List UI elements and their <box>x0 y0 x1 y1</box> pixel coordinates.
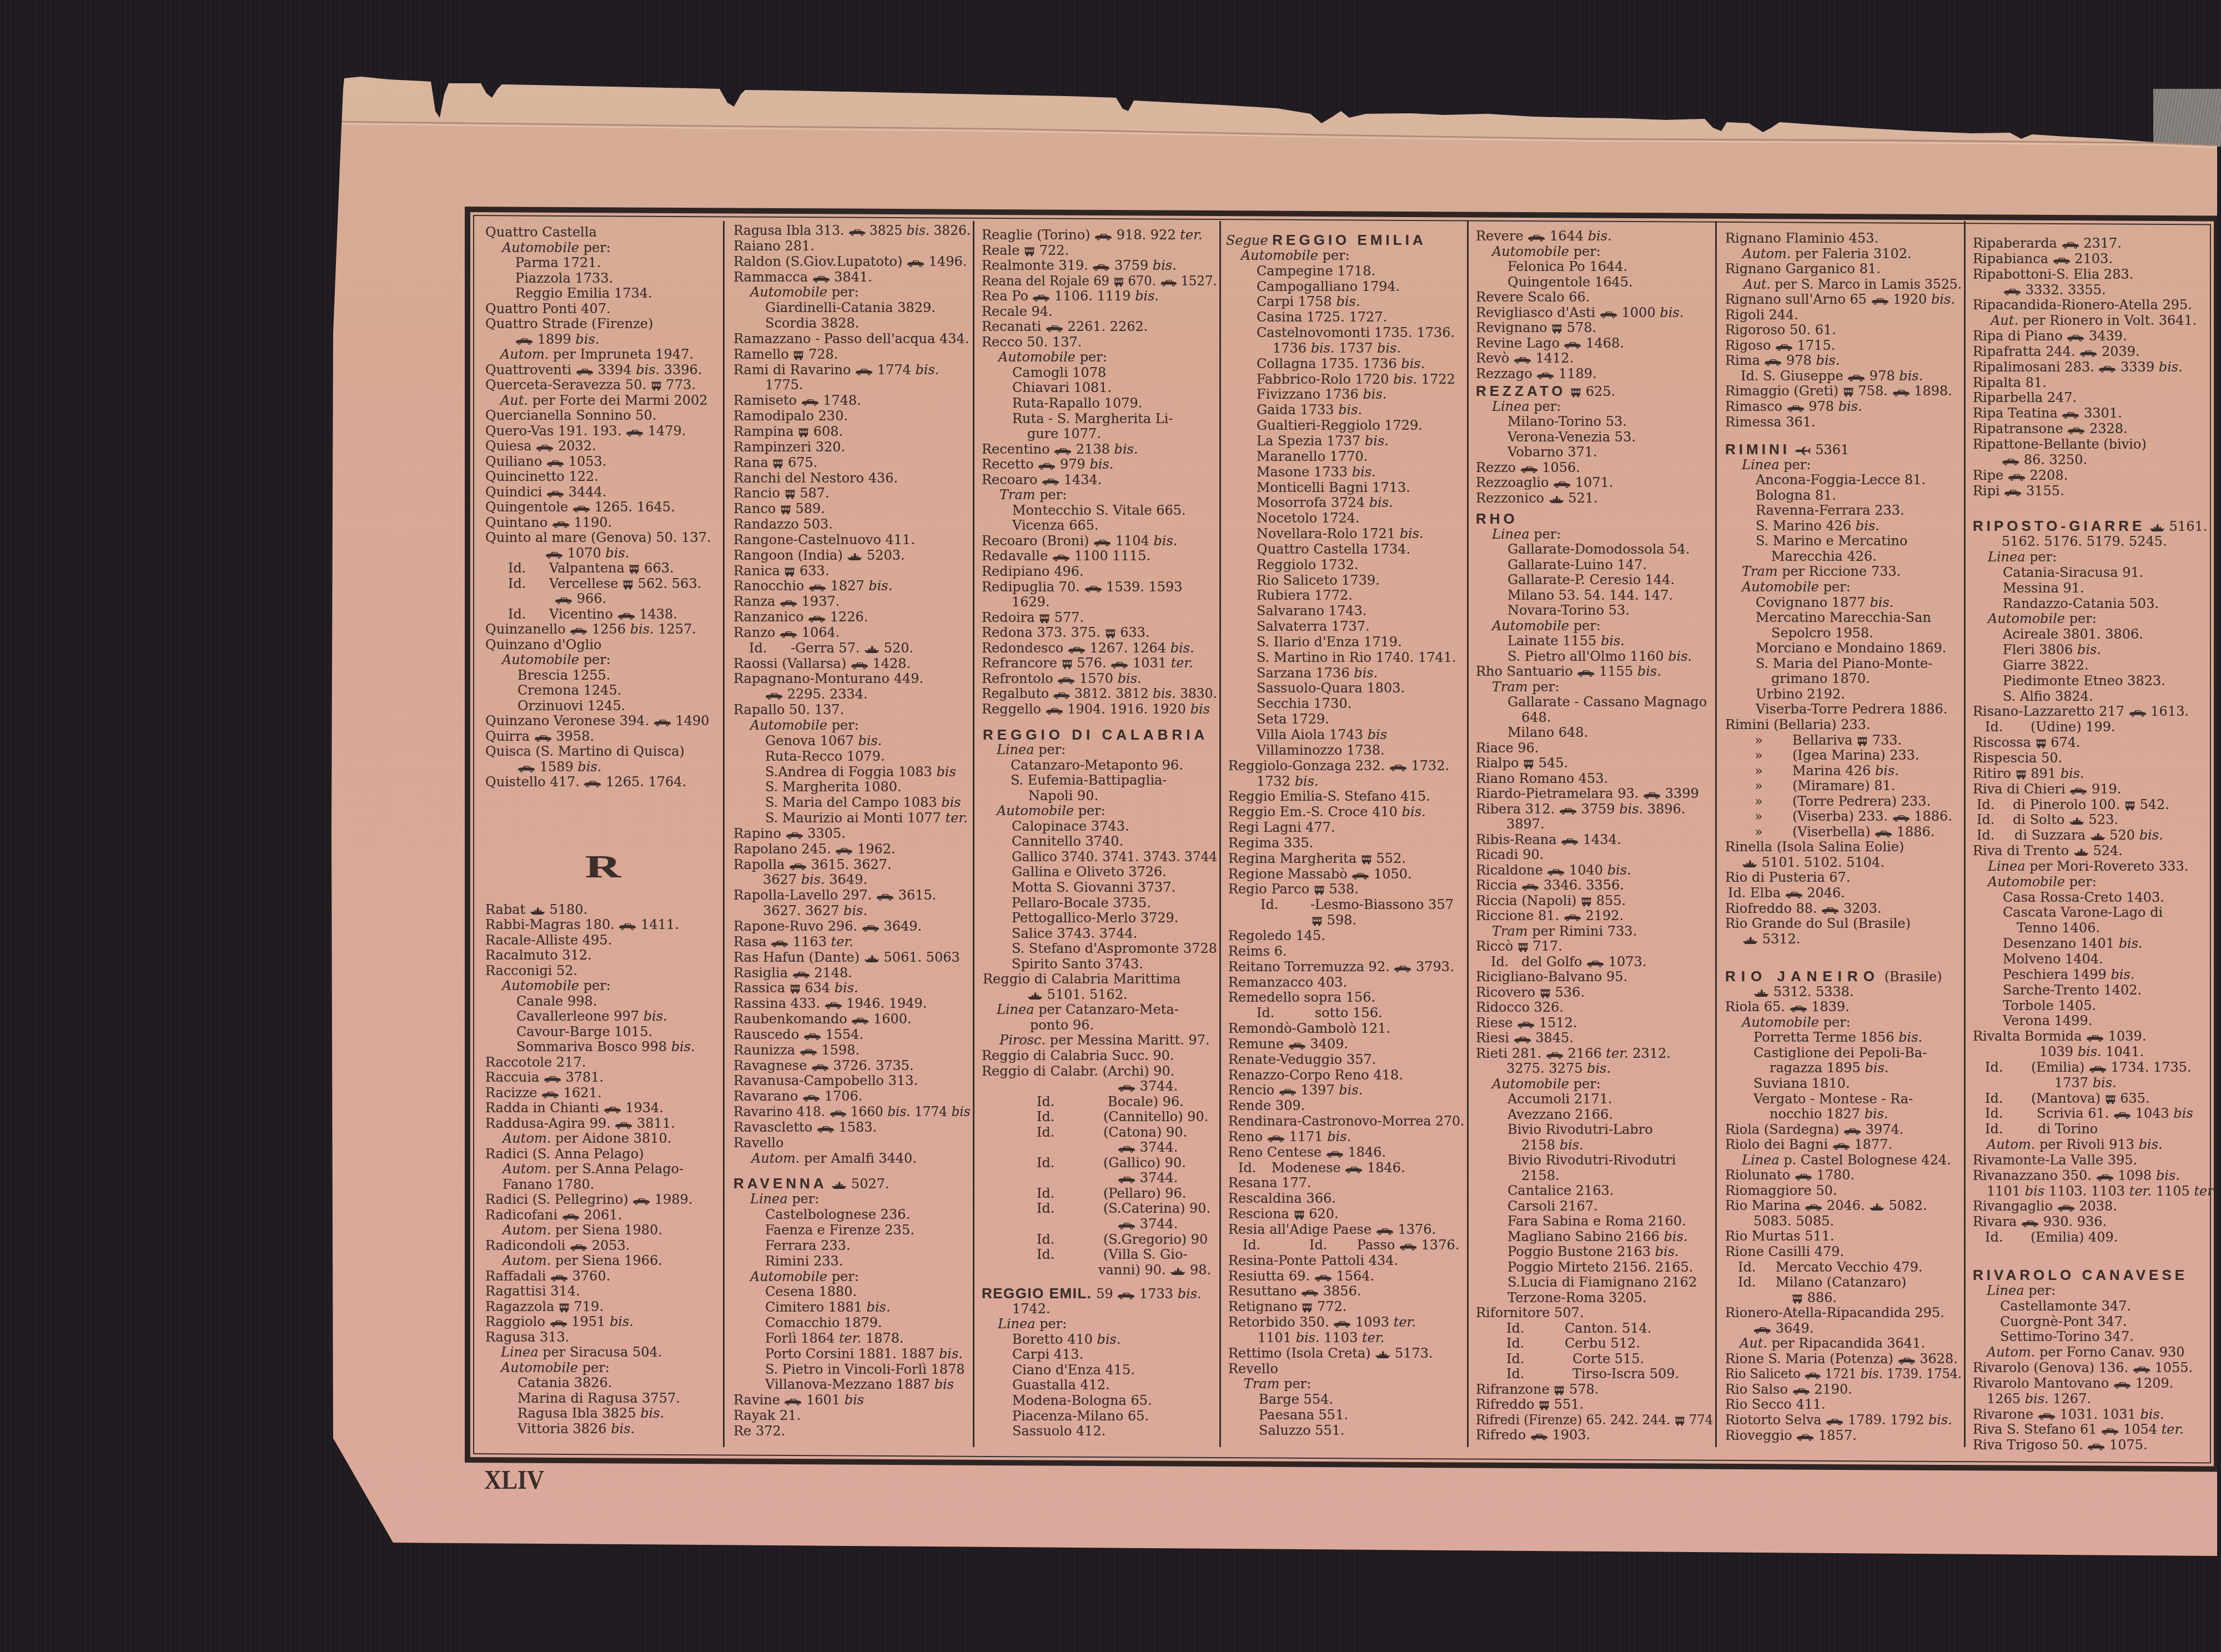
entry-detail: (Pellaro) 96. <box>1103 1186 1186 1202</box>
automobile-icon <box>2089 1066 2107 1073</box>
index-entry: Ripalta 81. <box>1973 375 2214 391</box>
index-entry: Quingentole 1645. <box>1476 275 1713 290</box>
entry-text: RAVENNA 5027. <box>733 1176 890 1192</box>
entry-text: Molveno 1404. <box>2003 952 2103 967</box>
entry-text: S. Marino 426 bis. <box>1756 519 1880 534</box>
index-entry: Rezzonico 521. <box>1476 491 1713 506</box>
entry-text: Revò 1412. <box>1476 351 1574 366</box>
index-entry: Campogalliano 1794. <box>1226 279 1465 295</box>
index-entry: Quinzano Veronese 394. 1490 <box>485 714 721 729</box>
entry-detail: Bocale) 96. <box>1108 1094 1184 1110</box>
index-entry: Viserba-Torre Pedrera 1886. <box>1725 702 1962 717</box>
tram-icon <box>780 505 791 515</box>
entry-text: Rifredi (Firenze) 65. 242. 244. 774 <box>1476 1413 1713 1428</box>
italic-note: bis. <box>1400 526 1424 541</box>
entry-text: 2295. 2334. <box>765 687 868 702</box>
index-entry: 1265 bis. 1267. <box>1973 1392 2214 1407</box>
automobile-icon <box>808 584 826 591</box>
entry-text: Fivizzano 1736 bis. <box>1257 387 1386 403</box>
index-entry: Rinella (Isola Salina Eolie) <box>1725 840 1962 855</box>
italic-note: Autom. <box>503 1222 551 1238</box>
entry-text: » <box>1755 733 1763 749</box>
entry-text: Carpi 413. <box>1012 1347 1083 1363</box>
index-entry: Autom. per Impruneta 1947. <box>485 347 721 363</box>
entry-text: 5101. 5102. 5104. <box>1742 855 1885 871</box>
index-entry: Revere Scalo 66. <box>1476 290 1713 305</box>
index-entry: Piedimonte Etneo 3823. <box>1973 674 2214 689</box>
index-entry: Radici (S. Anna Pelago) <box>485 1147 721 1162</box>
entry-text: Remune 3409. <box>1228 1037 1348 1052</box>
entry-text: Rimini 233. <box>765 1254 843 1269</box>
entry-text: Quinzano Veronese 394. 1490 <box>485 714 710 729</box>
entry-text: Linea per: <box>998 1317 1067 1332</box>
index-entry: Resia all'Adige Paese 1376. <box>1226 1222 1465 1238</box>
index-entry: Automobile per: <box>1226 248 1465 264</box>
italic-note: Pirosc. <box>999 1032 1046 1048</box>
automobile-icon <box>1093 539 1111 546</box>
entry-text: Ritiro 891 bis. <box>1973 766 2084 782</box>
entry-text: Orzinuovi 1245. <box>517 699 625 714</box>
index-entry: Id.Milano (Catanzaro) <box>1725 1275 1962 1291</box>
index-entry: 1775. <box>733 378 971 393</box>
entry-text: Rampina 608. <box>733 424 843 440</box>
index-entry: Ravello <box>733 1136 971 1151</box>
automobile-icon <box>1600 311 1617 318</box>
entry-text: Id. <box>508 561 526 576</box>
italic-note: bis. <box>2061 766 2084 781</box>
index-entry: Randazzo 503. <box>733 517 971 533</box>
entry-text: Raiano 281. <box>733 239 815 254</box>
heading-name: RHO <box>1476 510 1518 527</box>
entry-text: Id. <box>1985 1230 2003 1246</box>
automobile-icon <box>808 615 826 622</box>
index-entry: Quinto al mare (Genova) 50. 137. <box>485 530 721 546</box>
entry-text: Ripalimosani 283. 3339 bis. <box>1973 360 2183 375</box>
index-entry: Vittoria 3826 bis. <box>485 1422 721 1437</box>
entry-text: Rendinara-Castronovo-Morrea 270. <box>1228 1114 1465 1129</box>
index-entry: Salice 3743. 3744. <box>982 926 1217 942</box>
index-entry: Rivarone 1031. 1031 bis. <box>1973 1407 2214 1423</box>
heading-name: REGGIO EMIL. <box>982 1285 1092 1302</box>
italic-note: bis. <box>1931 292 1955 307</box>
automobile-icon <box>1517 1021 1535 1028</box>
entry-text: Campegine 1718. <box>1257 264 1375 279</box>
entry-text: Giarre 3822. <box>2003 658 2089 674</box>
entry-text: Autom. per Impruneta 1947. <box>500 347 694 363</box>
italic-note: bis. <box>1838 399 1862 414</box>
index-entry: 3275. 3275 bis. <box>1476 1061 1713 1077</box>
tram-icon <box>784 568 795 577</box>
entry-text: Bivio Rivodutri-Rivodutri <box>1508 1153 1676 1168</box>
entry-text: Ricaldone 1040 bis. <box>1476 863 1631 878</box>
index-column-7: Ripaberarda 2317.Ripabianca 2103.Ripabot… <box>1973 236 2214 1453</box>
entry-text: Scordia 3828. <box>765 316 860 332</box>
entry-text: Rioveggio 1857. <box>1725 1428 1857 1444</box>
entry-text: Ruta - S. Margherita Li- <box>1012 411 1173 427</box>
entry-text: Casa Rossa-Creto 1403. <box>2003 890 2164 906</box>
entry-text: Linea per Catanzaro-Meta- <box>997 1002 1179 1018</box>
entry-text: Id. <box>1506 1336 1524 1352</box>
entry-text: vanni) 90. 98. <box>1098 1263 1211 1278</box>
automobile-icon <box>1054 448 1072 455</box>
entry-text: Mercatino Marecchia-San <box>1756 610 1931 626</box>
entry-text: Lainate 1155 bis. <box>1508 634 1625 649</box>
entry-text: Automobile per: <box>502 652 611 668</box>
entry-text: Recetto 979 bis. <box>982 457 1113 473</box>
index-entry: Ritiro 891 bis. <box>1973 766 2214 782</box>
index-entry: Riparbella 247. <box>1973 390 2214 406</box>
entry-text: Recanati 2261. 2262. <box>982 319 1148 335</box>
entry-text: Rignano Flaminio 453. <box>1725 231 1878 247</box>
index-entry: Autom. per Amalfi 3440. <box>733 1151 971 1167</box>
entry-text: Risano-Lazzaretto 217 1613. <box>1973 704 2189 720</box>
book-edge <box>2153 89 2221 147</box>
index-entry: Bivio Rivodutri-Rivodutri <box>1476 1153 1713 1168</box>
entry-text: 3744. <box>1118 1171 1178 1186</box>
italic-note: bis. <box>1601 633 1625 649</box>
italic-note: bis. <box>2119 936 2143 951</box>
entry-text: Milano 648. <box>1508 725 1588 741</box>
entry-text: Linea per: <box>997 742 1066 758</box>
index-entry: Reana del Rojale 69 670. 1527. <box>982 274 1217 289</box>
tram-icon <box>2124 801 2135 811</box>
entry-text: Autom. per Faleria 3102. <box>1742 247 1912 262</box>
index-entry: Rivara 930. 936. <box>1973 1214 2214 1230</box>
italic-note: Aut. <box>1743 277 1771 292</box>
entry-text: Riolo dei Bagni 1877. <box>1725 1137 1892 1153</box>
index-entry: Ripatransone 2328. <box>1973 421 2214 437</box>
entry-text: RHO <box>1476 511 1518 528</box>
entry-text: Rezzonico 521. <box>1476 491 1598 506</box>
index-entry: S. Ilario d'Enza 1719. <box>1226 635 1465 650</box>
index-entry: Ragusa Ibla 313. 3825 bis. 3826. <box>733 223 971 239</box>
index-entry: Rimessa 361. <box>1725 415 1962 430</box>
italic-note: bis <box>934 1377 954 1392</box>
entry-text: Rettimo (Isola Creta) 5173. <box>1228 1346 1433 1362</box>
index-entry: Ranzo 1064. <box>733 625 971 641</box>
entry-text: Resciona 620. <box>1228 1207 1339 1222</box>
entry-detail: Bellariva 733. <box>1792 733 1902 749</box>
entry-text: Id. <box>1985 1091 2003 1107</box>
entry-text: Automobile per: <box>1988 611 2097 627</box>
entry-text: Rifredo 1903. <box>1476 1428 1590 1443</box>
entry-text: Pellaro-Bocale 3735. <box>1012 896 1151 911</box>
index-entry: Riva Trigoso 50. 1075. <box>1973 1438 2214 1453</box>
entry-text: Regima 335. <box>1228 836 1313 851</box>
entry-text: Automobile per: <box>1241 248 1350 264</box>
index-entry: S. Martino in Rio 1740. 1741. <box>1226 650 1465 666</box>
automobile-icon <box>1118 1084 1135 1092</box>
index-entry: Molveno 1404. <box>1973 952 2214 967</box>
index-entry: Revigliasco d'Asti 1000 bis. <box>1476 305 1713 321</box>
index-entry: Id.(Cannitello) 90. <box>982 1109 1217 1125</box>
entry-detail: di Torino <box>2038 1122 2098 1137</box>
italic-note: bis <box>2173 1106 2193 1121</box>
automobile-icon <box>855 368 873 375</box>
tram-icon <box>785 490 796 499</box>
index-entry: Re 372. <box>733 1424 971 1439</box>
index-entry: Rio Grande do Sul (Brasile) <box>1725 916 1962 932</box>
automobile-icon <box>765 692 783 700</box>
index-entry: Autom. per Forno Canav. 930 <box>1973 1345 2214 1360</box>
entry-text: Rezzo 1056. <box>1476 460 1580 476</box>
entry-text: RIPOSTO-GIARRE 5161. <box>1973 519 2207 535</box>
index-entry: Ravarino 418. 1660 bis. 1774 bis <box>733 1104 971 1120</box>
entry-text: Rinella (Isola Salina Eolie) <box>1725 840 1904 855</box>
index-entry: Ranica 633. <box>733 564 971 579</box>
entry-text: » <box>1755 748 1763 764</box>
automobile-icon <box>570 1244 587 1251</box>
index-entry: Ribera 312. 3759 bis. 3896. <box>1476 802 1713 817</box>
index-entry: Remedello sopra 156. <box>1226 990 1465 1006</box>
steamship-icon <box>1742 860 1757 868</box>
section-heading: RIPOSTO-GIARRE 5161. <box>1973 519 2214 534</box>
index-entry: Mosorrofa 3724 bis. <box>1226 495 1465 511</box>
entry-text: Castelnovomonti 1735. 1736. <box>1257 325 1455 341</box>
entry-text: Id. <box>1506 1367 1524 1382</box>
index-entry: Ramodipalo 230. <box>733 409 971 424</box>
entry-text: Ridocco 326. <box>1476 1000 1564 1016</box>
automobile-icon <box>1832 1143 1850 1150</box>
index-entry: Radicofani 2061. <box>485 1208 721 1223</box>
automobile-icon <box>1032 294 1050 302</box>
index-entry: Rho Santuario 1155 bis. <box>1476 664 1713 680</box>
index-entry: Automobile per: <box>982 350 1217 365</box>
index-entry: Reggio Emilia-S. Stefano 415. <box>1226 789 1465 805</box>
entry-text: Recentino 2138 bis. <box>982 442 1138 458</box>
tram-icon <box>1314 886 1325 895</box>
index-entry: Gaida 1733 bis. <box>1226 403 1465 418</box>
index-entry: Linea per: <box>733 1192 971 1207</box>
index-entry: Id.(S.Caterina) 90. <box>982 1201 1217 1217</box>
index-entry: Desenzano 1401 bis. <box>1973 936 2214 952</box>
index-entry: Rio Saliceto 1739. <box>1226 573 1465 589</box>
index-column-1: Quattro CastellaAutomobile per:Parma 172… <box>485 225 721 1437</box>
index-entry: Ragattisi 314. <box>485 1284 721 1299</box>
index-entry: Ranza 1937. <box>733 594 971 610</box>
entry-text: Id. <box>1977 812 1994 828</box>
index-entry: Campegine 1718. <box>1226 264 1465 279</box>
entry-detail: (Catona) 90. <box>1103 1125 1187 1141</box>
automobile-icon <box>1514 1036 1531 1043</box>
index-entry: Vicenza 665. <box>982 518 1217 534</box>
index-entry: Rasa 1163 ter. <box>733 935 971 950</box>
entry-text: REZZATO 625. <box>1476 384 1615 400</box>
entry-detail: Canton. 514. <box>1565 1321 1651 1337</box>
entry-text: Ravanusa-Campobello 313. <box>733 1073 918 1089</box>
italic-note: Autom. <box>503 1253 551 1268</box>
italic-note: bis. <box>1664 1229 1687 1244</box>
entry-text: 3649. <box>1753 1321 1813 1337</box>
entry-text: Ravascletto 1583. <box>733 1120 877 1136</box>
index-entry: Ripabottoni-S. Elia 283. <box>1973 267 2214 283</box>
automobile-icon <box>517 765 535 772</box>
index-entry: Racalmuto 312. <box>485 948 721 963</box>
entry-text: Linea per: <box>1492 527 1561 543</box>
entry-text: Id. <box>1985 1106 2003 1122</box>
italic-note: Autom. <box>1987 1137 2035 1152</box>
entry-text: Terzone-Roma 3205. <box>1508 1291 1647 1306</box>
index-entry: Automobile per: <box>1973 875 2214 890</box>
index-entry: Raunizza 1598. <box>733 1043 971 1058</box>
index-entry: Milano 648. <box>1476 725 1713 741</box>
index-entry: Linea per: <box>1973 550 2214 565</box>
index-entry: Rampinzeri 320. <box>733 440 971 455</box>
entry-text: » <box>1755 794 1763 810</box>
entry-text: Renazzo-Corpo Reno 418. <box>1228 1068 1403 1083</box>
entry-text: 3627. 3627 bis. <box>763 903 867 919</box>
entry-text: Secchia 1730. <box>1257 696 1351 712</box>
index-entry: Resciona 620. <box>1226 1207 1465 1222</box>
entry-text: Riola (Sardegna) 3974. <box>1725 1122 1903 1138</box>
tram-icon <box>793 351 804 360</box>
index-entry: 3744. <box>982 1140 1217 1156</box>
index-entry: Autom. per Aidone 3810. <box>485 1131 721 1147</box>
section-heading: RIVAROLO CANAVESE <box>1973 1268 2214 1283</box>
index-entry: Riccia (Napoli) 855. <box>1476 893 1713 909</box>
index-entry: Comacchio 1879. <box>733 1315 971 1331</box>
entry-text: Paesana 551. <box>1259 1408 1348 1423</box>
index-entry: 5101. 5102. 5104. <box>1725 855 1962 871</box>
index-entry: Quisca (S. Martino di Quisca) <box>485 744 721 760</box>
entry-text: grimano 1870. <box>1771 671 1870 687</box>
automobile-icon <box>1787 405 1805 412</box>
italic-note: ter. <box>2129 1183 2152 1199</box>
index-entry: 5312. <box>1725 932 1962 947</box>
italic-note: bis. <box>1587 1061 1611 1076</box>
entry-text: Id. <box>1238 1161 1256 1176</box>
entry-text: Raffadali 3760. <box>485 1269 610 1284</box>
entry-text: Rio di Pusteria 67. <box>1725 870 1851 886</box>
italic-note: bis. <box>915 362 939 378</box>
index-entry: Maranello 1770. <box>1226 449 1465 465</box>
index-entry: Reggio di Calabr. (Archi) 90. <box>982 1064 1217 1079</box>
entry-text: REGGIO EMIL. 59 1733 bis. <box>982 1286 1202 1302</box>
entry-text: Automobile per: <box>1742 1015 1851 1031</box>
index-entry: Carpi 413. <box>982 1347 1217 1363</box>
section-heading: Segue REGGIO EMILIA <box>1226 233 1465 248</box>
entry-text: Gaida 1733 bis. <box>1257 403 1362 418</box>
automobile-icon <box>534 735 552 742</box>
index-entry: Ravagnese 3726. 3735. <box>733 1058 971 1074</box>
index-entry: Ferrara 233. <box>733 1238 971 1254</box>
entry-detail: (S.Gregorio) 90 <box>1103 1232 1208 1248</box>
index-entry: Redoira 577. <box>982 610 1217 626</box>
italic-note: bis <box>2025 1183 2044 1199</box>
entry-text: 1039 bis. 1041. <box>2039 1045 2144 1060</box>
heading-name: RIVAROLO CANAVESE <box>1973 1267 2188 1283</box>
automobile-icon <box>1586 960 1604 967</box>
index-entry: »Marina 426 bis. <box>1725 764 1962 779</box>
entry-text: Rangone-Castelnuovo 411. <box>733 533 915 548</box>
index-entry: 1101 bis 1103. 1103 ter. 1105 ter <box>1973 1184 2214 1199</box>
index-entry: Rifranzone 578. <box>1476 1382 1713 1398</box>
index-entry: Renate-Veduggio 357. <box>1226 1052 1465 1068</box>
steamship-icon <box>2149 524 2165 532</box>
entry-text: S. Pietro all'Olmo 1160 bis. <box>1508 649 1692 665</box>
entry-text: Rignano sull'Arno 65 1920 bis. <box>1725 292 1955 308</box>
automobile-icon <box>800 1048 817 1056</box>
automobile-icon <box>1042 478 1059 485</box>
entry-text: Id. Elba 2046. <box>1728 886 1845 901</box>
index-entry: Ripaberarda 2317. <box>1973 236 2214 252</box>
entry-text: Linea per: <box>1987 1283 2056 1299</box>
automobile-icon <box>862 925 880 932</box>
index-entry: Rangoon (India) 5203. <box>733 548 971 564</box>
tram-icon <box>1539 1401 1550 1410</box>
index-entry: Regoledo 145. <box>1226 928 1465 944</box>
index-entry: Fabbrico-Rolo 1720 bis. 1722 <box>1226 372 1465 388</box>
index-entry: Bologna 81. <box>1725 488 1962 504</box>
italic-note: ter. <box>1171 655 1193 671</box>
automobile-icon <box>1559 807 1577 815</box>
automobile-icon <box>555 597 572 604</box>
automobile-icon <box>829 1110 846 1117</box>
entry-text: Reale 722. <box>982 243 1069 259</box>
entry-text: Id. <box>1037 1125 1054 1141</box>
index-entry: Riofreddo 88. 3203. <box>1725 901 1962 917</box>
index-entry: Raggiolo 1951 bis. <box>485 1314 721 1330</box>
entry-text: Rivara 930. 936. <box>1973 1214 2107 1230</box>
entry-text: Rezzago 1189. <box>1476 366 1597 382</box>
entry-text: 1742. <box>1012 1302 1051 1317</box>
entry-text: Riparbella 247. <box>1973 390 2077 406</box>
italic-note: bis. <box>610 1314 634 1329</box>
index-entry: Chiavari 1081. <box>982 380 1217 396</box>
steamship-icon <box>1549 496 1564 504</box>
italic-note: bis. <box>1401 356 1425 371</box>
index-entry: Vobarno 371. <box>1476 445 1713 460</box>
entry-text: Riese 1512. <box>1476 1016 1577 1031</box>
index-entry: 1736 bis. 1737 bis. <box>1226 341 1465 356</box>
entry-text: Salvarano 1743. <box>1257 604 1366 619</box>
page-number: XLIV <box>484 1467 544 1494</box>
tram-icon <box>1551 324 1562 334</box>
entry-text: Randazzo-Catania 503. <box>2003 596 2159 612</box>
entry-text: Sassuolo-Quara 1803. <box>1257 681 1405 696</box>
entry-text: Reggio di Calabria Marittima <box>983 972 1181 987</box>
index-entry: Linea per: <box>1725 458 1962 473</box>
index-entry: Reitano Torremuzza 92. 3793. <box>1226 960 1465 975</box>
index-entry: 1899 bis. <box>485 332 721 348</box>
italic-note: Automobile <box>997 803 1074 819</box>
index-entry: Faenza e Firenze 235. <box>733 1223 971 1238</box>
automobile-icon <box>780 600 797 607</box>
automobile-icon <box>1536 372 1554 379</box>
index-entry: Orzinuovi 1245. <box>485 699 721 714</box>
index-entry: Rapolano 245. 1962. <box>733 842 971 857</box>
entry-text: Ferrara 233. <box>765 1238 851 1254</box>
entry-text: Vicenza 665. <box>1012 518 1099 534</box>
entry-text: Rima 978 bis. <box>1725 353 1840 369</box>
entry-text: Tram per: <box>999 488 1067 503</box>
index-entry: Recetto 979 bis. <box>982 457 1217 473</box>
index-entry: Rana 675. <box>733 455 971 471</box>
entry-text: Salvaterra 1737. <box>1257 619 1370 635</box>
index-entry: 3744. <box>982 1217 1217 1232</box>
index-entry: Ranocchio 1827 bis. <box>733 579 971 594</box>
heading-name: RIPOSTO-GIARRE <box>1973 518 2145 534</box>
automobile-icon <box>1118 1176 1135 1183</box>
automobile-icon <box>1038 463 1056 470</box>
index-entry: Id.(Villa S. Gio- <box>982 1247 1217 1263</box>
index-entry: Cantalice 2163. <box>1476 1183 1713 1199</box>
entry-text: 5083. 5085. <box>1753 1214 1834 1229</box>
entry-text: Reana del Rojale 69 670. 1527. <box>982 274 1217 289</box>
entry-text: Linea p. Castel Bolognese 424. <box>1742 1153 1951 1168</box>
index-entry: Quinzano d'Oglio <box>485 637 721 653</box>
index-entry: Id.(Gallico) 90. <box>982 1156 1217 1171</box>
